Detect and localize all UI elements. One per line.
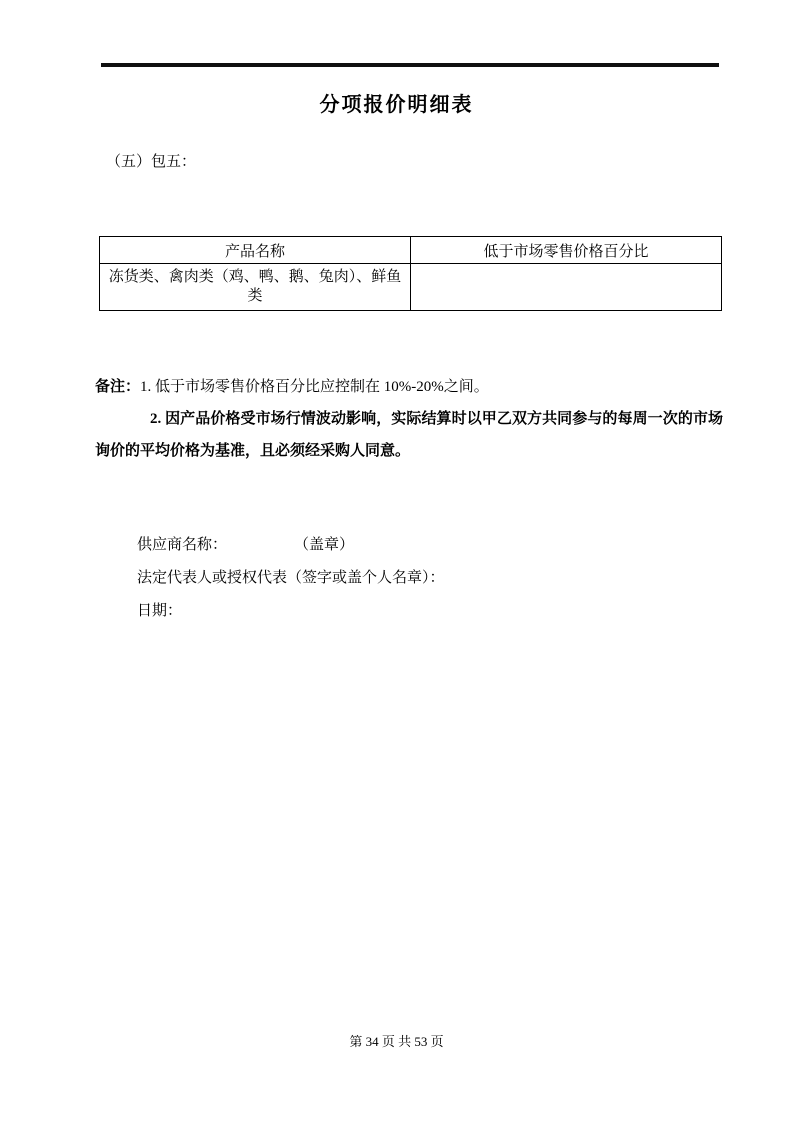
note-line-1: 备注：1. 低于市场零售价格百分比应控制在 10%-20%之间。 [95,371,723,403]
note-line-2: 2. 因产品价格受市场行情波动影响，实际结算时以甲乙双方共同参与的每周一次的市场… [95,403,723,467]
document-page: 分项报价明细表 （五）包五： 产品名称 低于市场零售价格百分比 冻货类、禽肉类（… [0,0,793,1122]
supplier-name-label: 供应商名称： [137,537,227,553]
seal-label: （盖章） [294,537,354,553]
notes-section: 备注：1. 低于市场零售价格百分比应控制在 10%-20%之间。 2. 因产品价… [95,371,723,467]
table-row: 冻货类、禽肉类（鸡、鸭、鹅、兔肉）、鲜鱼类 [100,264,722,311]
signature-block: 供应商名称：（盖章） 法定代表人或授权代表（签字或盖个人名章）： 日期： [137,529,445,628]
date-line: 日期： [137,595,445,628]
page-number-footer: 第 34 页 共 53 页 [0,1031,793,1050]
note-1-text: 1. 低于市场零售价格百分比应控制在 10%-20%之间。 [140,379,489,395]
representative-line: 法定代表人或授权代表（签字或盖个人名章）： [137,562,445,595]
page-title: 分项报价明细表 [0,88,793,117]
section-label: （五）包五： [106,150,196,171]
table-cell-product-name: 冻货类、禽肉类（鸡、鸭、鹅、兔肉）、鲜鱼类 [100,264,411,311]
header-double-rule [101,63,719,67]
table-cell-discount-percentage [411,264,722,311]
table-header-row: 产品名称 低于市场零售价格百分比 [100,237,722,264]
notes-label: 备注： [95,379,140,395]
supplier-line: 供应商名称：（盖章） [137,529,445,562]
quotation-table: 产品名称 低于市场零售价格百分比 冻货类、禽肉类（鸡、鸭、鹅、兔肉）、鲜鱼类 [99,236,722,311]
table-header-product-name: 产品名称 [100,237,411,264]
table-header-discount-percentage: 低于市场零售价格百分比 [411,237,722,264]
